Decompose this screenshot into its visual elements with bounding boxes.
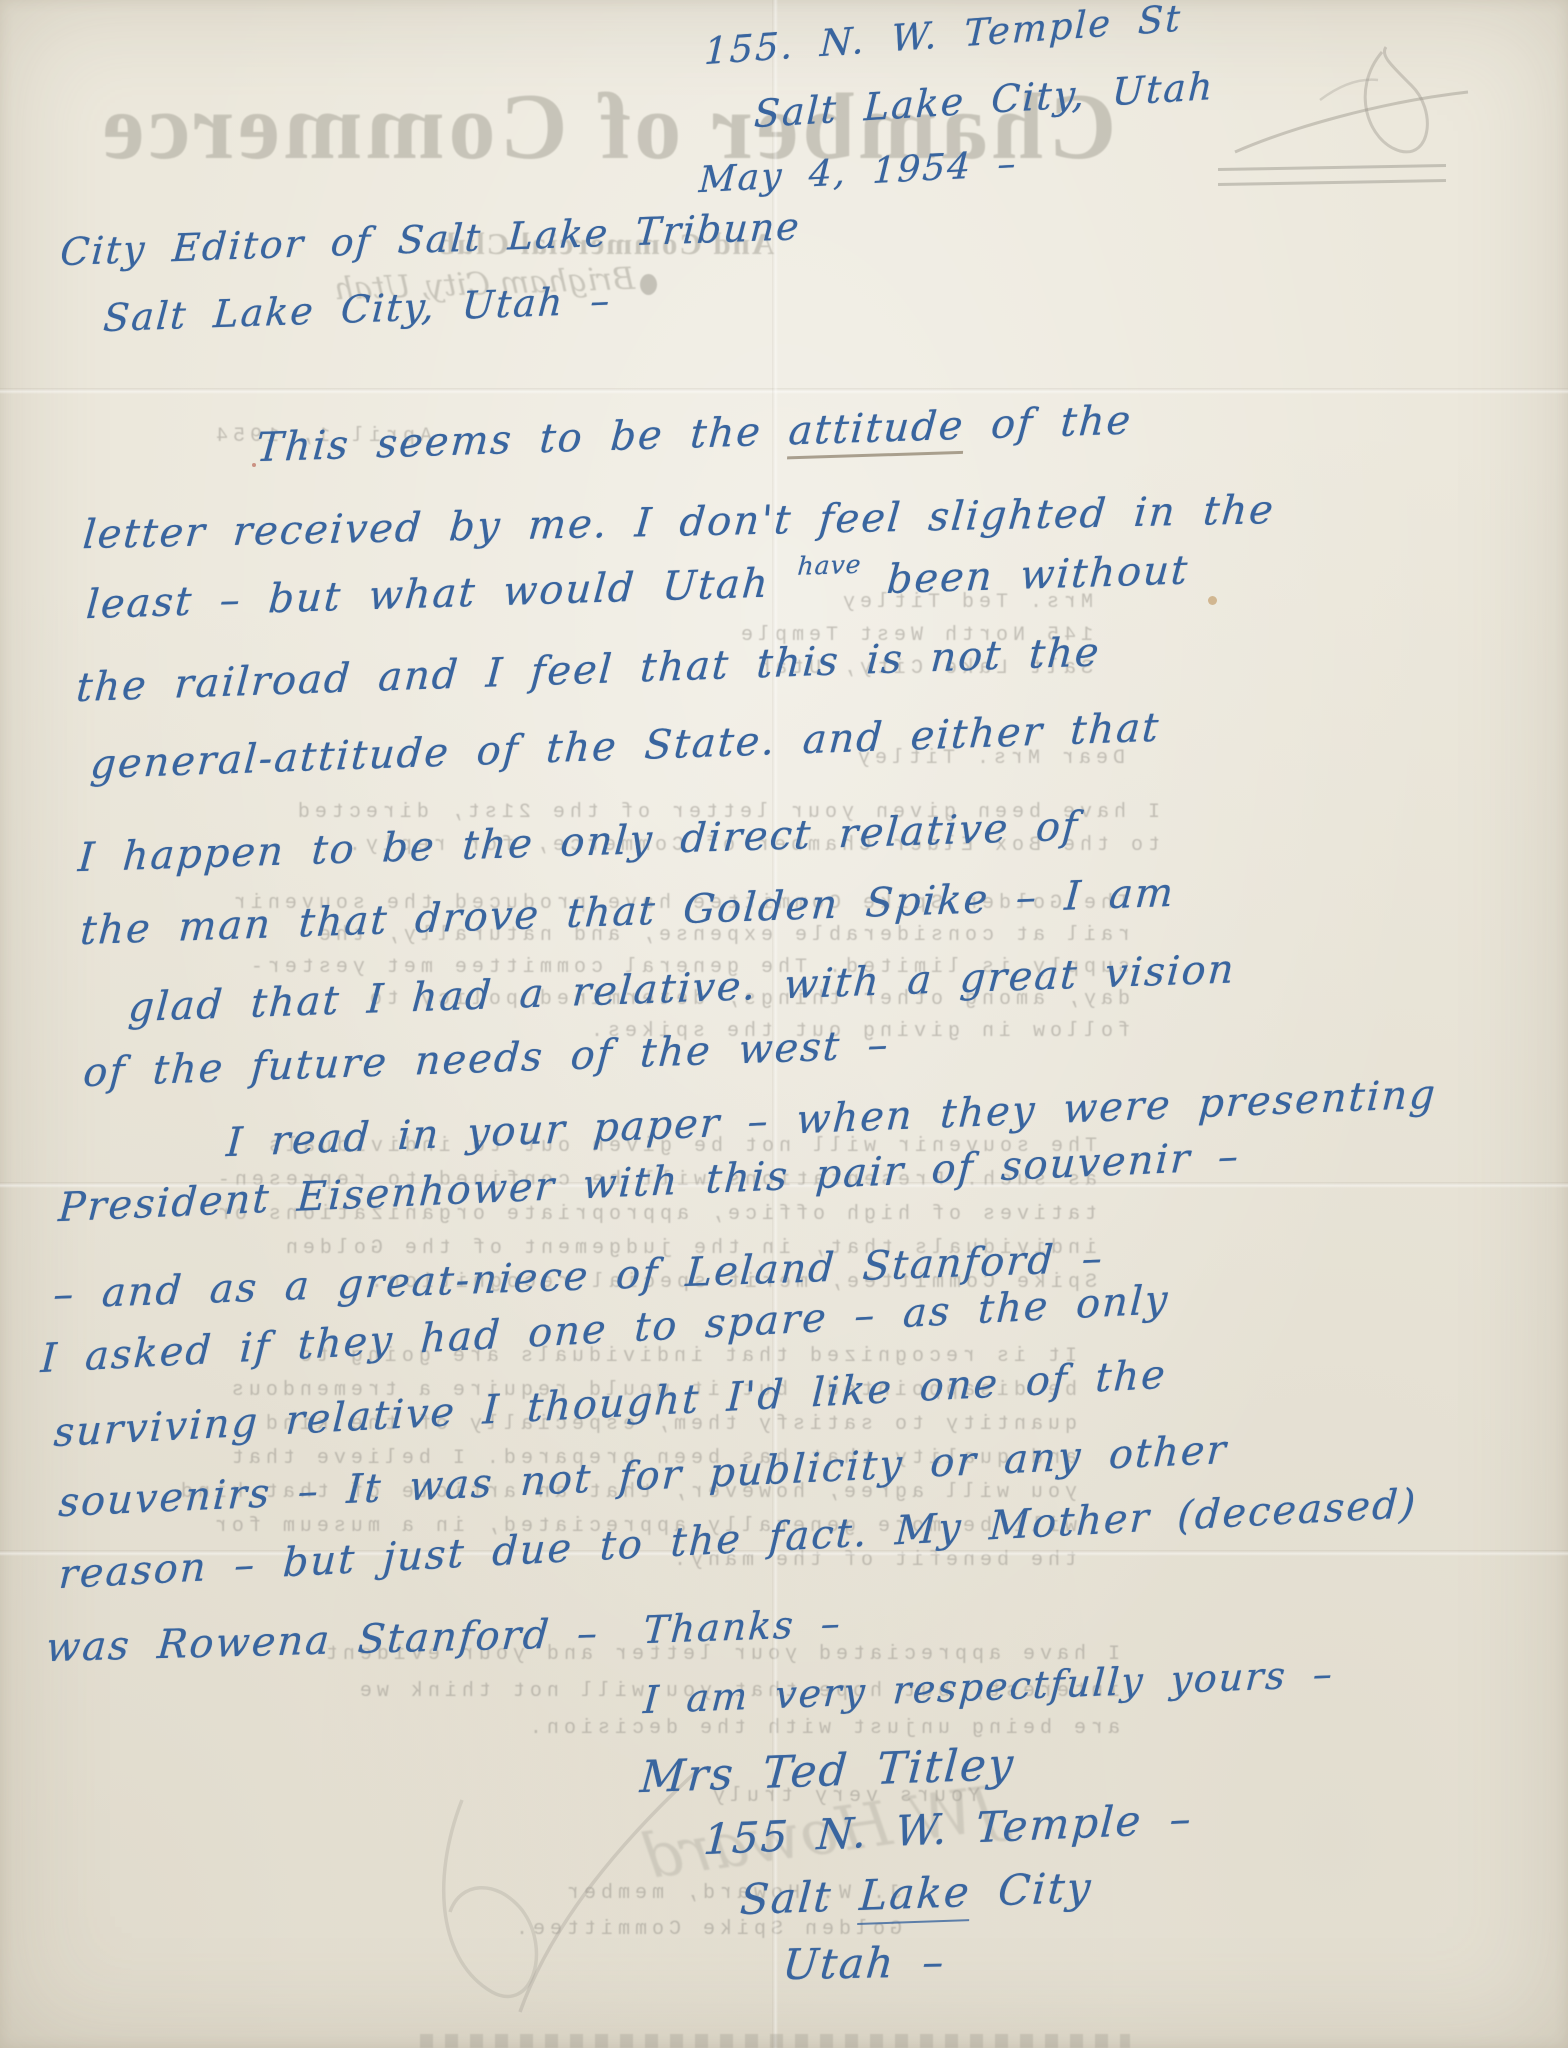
body-line-4: the railroad and I feel that this is not… (75, 629, 1102, 711)
inserted-word: have (797, 550, 863, 581)
recipient-line-2: Salt Lake City, Utah – (102, 278, 613, 340)
fold-crease-horizontal (0, 388, 1568, 394)
ghost-letterhead-seal (640, 274, 657, 295)
fold-crease-vertical (772, 0, 778, 2048)
handwritten-segment: of the (963, 397, 1134, 448)
stain-spot (1208, 596, 1217, 605)
handwritten-segment: City (969, 1863, 1094, 1916)
bottom-edge-ghost-type (420, 2034, 1130, 2048)
handwritten-segment: least – but what would Utah (85, 560, 798, 628)
body-line-2: letter received by me. I don't feel slig… (81, 487, 1277, 558)
body-line-1: This seems to be the attitude of the (255, 397, 1134, 471)
handwritten-segment: This seems to be the (255, 408, 791, 471)
handwritten-segment: been without (859, 547, 1191, 603)
underlined-word: attitude (787, 403, 967, 460)
handwritten-segment: Salt (739, 1871, 862, 1924)
signature-address-line-3: Utah – (781, 1937, 948, 1989)
letter-page: Chamber of Commerce And Commercial Club … (0, 0, 1568, 2048)
thanks-note: Thanks – (642, 1601, 844, 1652)
pencil-scribble-mark (1230, 30, 1470, 190)
body-line-5: general-attitude of the State. and eithe… (89, 705, 1162, 788)
underlined-word: Lake (858, 1867, 973, 1925)
signature-flourish-mark (400, 1760, 730, 2040)
recipient-line-1: City Editor of Salt Lake Tribune (59, 204, 802, 274)
